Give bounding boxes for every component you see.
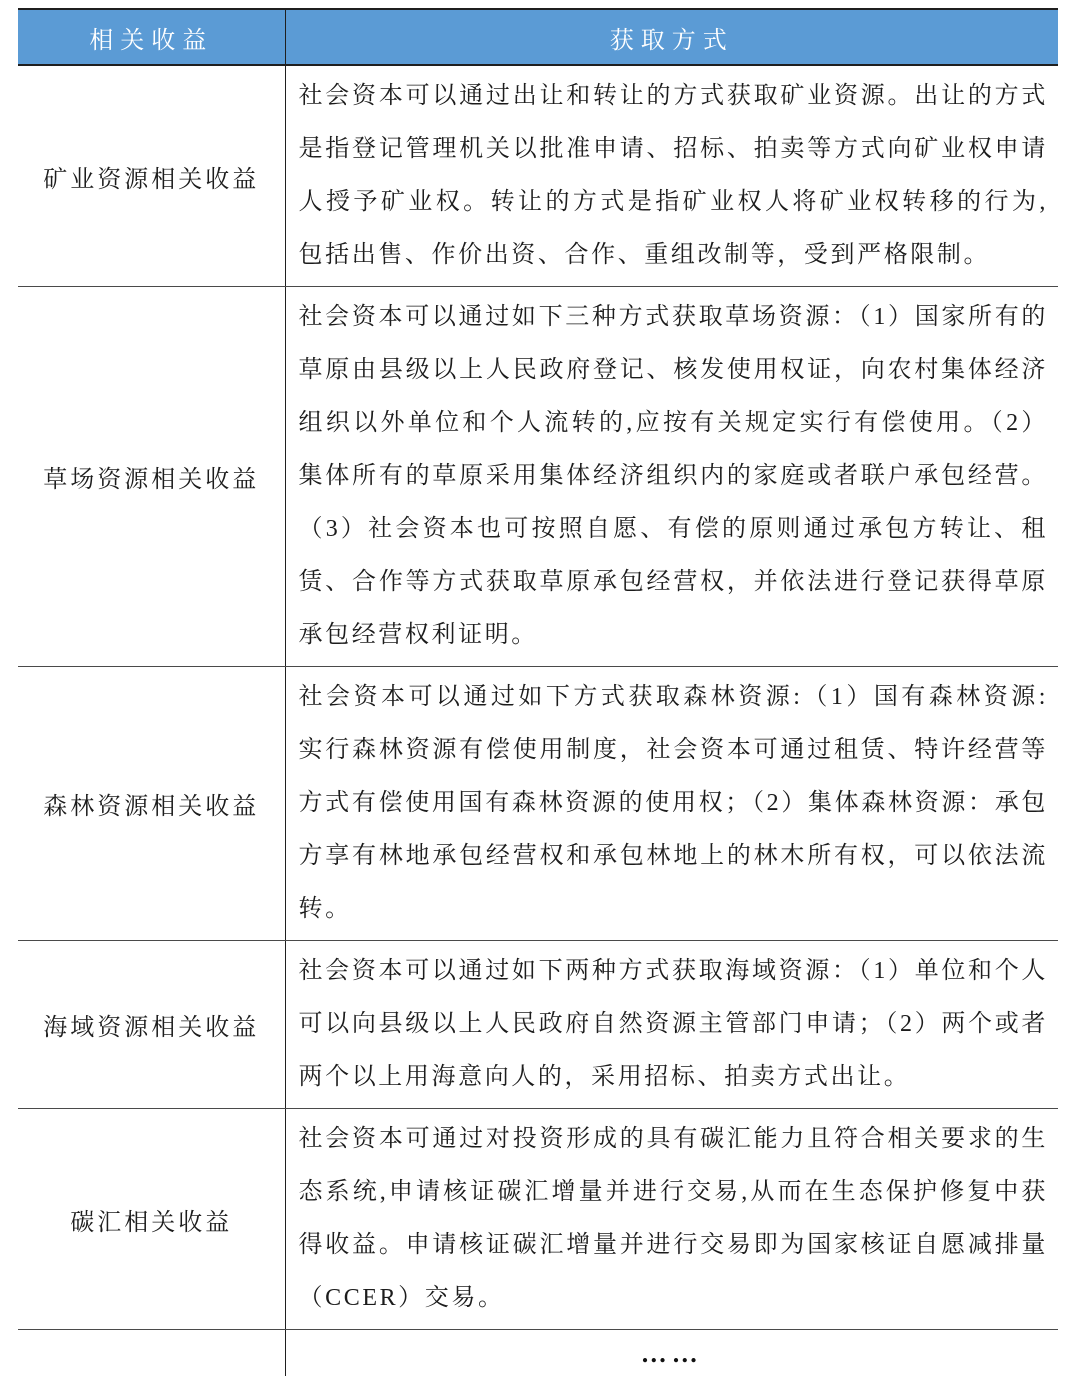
method-text-forest: 社会资本可以通过如下方式获取森林资源:（1）国有森林资源:实行森林资源有偿使用制… <box>285 667 1058 941</box>
benefit-label-carbon-sink: 碳汇相关收益 <box>18 1109 285 1330</box>
benefit-label-grassland: 草场资源相关收益 <box>18 287 285 667</box>
document-page: 相关收益 获取方式 矿业资源相关收益 社会资本可以通过出让和转让的方式获取矿业资… <box>0 0 1080 1376</box>
table-row-sea-area: 海域资源相关收益 社会资本可以通过如下两种方式获取海域资源：（1）单位和个人可以… <box>18 941 1058 1109</box>
method-text-sea-area: 社会资本可以通过如下两种方式获取海域资源：（1）单位和个人可以向县级以上人民政府… <box>285 941 1058 1109</box>
header-acquisition-method: 获取方式 <box>285 9 1058 65</box>
benefit-label-forest: 森林资源相关收益 <box>18 667 285 941</box>
benefit-acquisition-table: 相关收益 获取方式 矿业资源相关收益 社会资本可以通过出让和转让的方式获取矿业资… <box>18 8 1058 1376</box>
table-row-mining: 矿业资源相关收益 社会资本可以通过出让和转让的方式获取矿业资源。出让的方式是指登… <box>18 65 1058 287</box>
method-text-carbon-sink: 社会资本可通过对投资形成的具有碳汇能力且符合相关要求的生态系统,申请核证碳汇增量… <box>285 1109 1058 1330</box>
table-row-ellipsis: …… <box>18 1330 1058 1376</box>
ellipsis-text: …… <box>285 1330 1058 1376</box>
table-header-row: 相关收益 获取方式 <box>18 9 1058 65</box>
benefit-label-empty <box>18 1330 285 1376</box>
table-row-carbon-sink: 碳汇相关收益 社会资本可通过对投资形成的具有碳汇能力且符合相关要求的生态系统,申… <box>18 1109 1058 1330</box>
method-text-grassland: 社会资本可以通过如下三种方式获取草场资源：（1）国家所有的草原由县级以上人民政府… <box>285 287 1058 667</box>
header-related-benefit: 相关收益 <box>18 9 285 65</box>
table-row-forest: 森林资源相关收益 社会资本可以通过如下方式获取森林资源:（1）国有森林资源:实行… <box>18 667 1058 941</box>
benefit-label-sea-area: 海域资源相关收益 <box>18 941 285 1109</box>
table-row-grassland: 草场资源相关收益 社会资本可以通过如下三种方式获取草场资源：（1）国家所有的草原… <box>18 287 1058 667</box>
benefit-label-mining: 矿业资源相关收益 <box>18 65 285 287</box>
method-text-mining: 社会资本可以通过出让和转让的方式获取矿业资源。出让的方式是指登记管理机关以批准申… <box>285 65 1058 287</box>
